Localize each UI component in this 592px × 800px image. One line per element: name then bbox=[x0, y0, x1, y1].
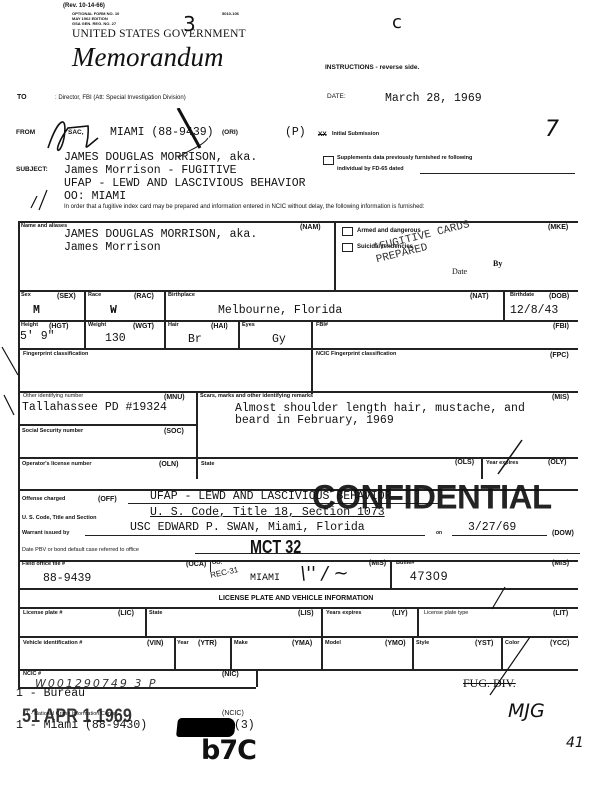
form-line bbox=[84, 290, 86, 348]
margin-tick-marks bbox=[0, 345, 22, 425]
ncic-fingerprint-label: NCIC Fingerprint classification bbox=[316, 352, 396, 358]
form-line bbox=[417, 607, 419, 637]
lic-years-label: Years expires bbox=[326, 611, 361, 617]
hair-code: (HAI) bbox=[211, 323, 228, 330]
stamp-by-label: By bbox=[493, 260, 502, 268]
birthplace-label: Birthplace bbox=[168, 293, 195, 299]
height-value: 5' 9" bbox=[20, 331, 55, 343]
other-id-value: Tallahassee PD #19324 bbox=[22, 402, 167, 414]
subject-line-1: JAMES DOUGLAS MORRISON, aka. bbox=[64, 152, 257, 164]
form-line bbox=[174, 636, 176, 669]
received-date-stamp: 51 APR 1 1969 bbox=[22, 706, 132, 728]
model-label: Model bbox=[325, 641, 341, 647]
field-file-label: Field office file # bbox=[22, 562, 65, 568]
weight-label: Weight bbox=[88, 323, 106, 329]
form-line bbox=[321, 607, 323, 637]
form-line bbox=[18, 560, 578, 562]
form-fine-print-3: GSA GEN. REG. NO. 27 bbox=[72, 22, 116, 26]
supplements-text-1: Supplements data previously furnished re… bbox=[337, 156, 472, 162]
yma-code: (YMA) bbox=[292, 640, 312, 647]
form-line bbox=[145, 607, 147, 637]
style-label: Style bbox=[416, 641, 429, 647]
height-label: Height bbox=[21, 323, 38, 329]
fbi-code: (FBI) bbox=[553, 323, 569, 330]
form-line bbox=[412, 636, 414, 669]
handwritten-initials-oo: \'' / ~ bbox=[300, 563, 349, 584]
to-value: : Director, FBI (Att: Special Investigat… bbox=[55, 95, 186, 101]
form-line bbox=[503, 290, 505, 320]
sex-code: (SEX) bbox=[57, 293, 76, 300]
oo-value: MIAMI bbox=[250, 574, 280, 584]
form-line bbox=[321, 636, 323, 669]
form-line bbox=[481, 457, 483, 479]
warrant-underline bbox=[85, 535, 425, 536]
weight-value: 130 bbox=[105, 333, 126, 345]
handwritten-initials: MJG bbox=[508, 700, 545, 722]
pbv-label: Date PBV or bond default case referred t… bbox=[22, 548, 139, 554]
armed-dangerous-checkbox[interactable] bbox=[342, 227, 353, 236]
lic-label: License plate # bbox=[23, 611, 62, 617]
subject-line-4: OO: MIAMI bbox=[64, 191, 126, 203]
ols-code: (OLS) bbox=[455, 459, 474, 466]
form-line bbox=[18, 221, 578, 223]
mke-code: (MKE) bbox=[548, 224, 568, 231]
year-label: Year bbox=[177, 641, 189, 647]
fingerprint-label: Fingerprint classification bbox=[23, 352, 88, 358]
other-id-label: Other identifying number bbox=[23, 394, 83, 400]
ymo-code: (YMO) bbox=[385, 640, 406, 647]
dob-code: (DOB) bbox=[549, 293, 569, 300]
scars-line-2: beard in February, 1969 bbox=[235, 415, 394, 427]
name-label: Name and aliases bbox=[21, 224, 67, 230]
lic-type-label: License plate type bbox=[424, 611, 468, 617]
supplements-checkbox[interactable] bbox=[323, 156, 334, 165]
fbi-label: FBI# bbox=[316, 323, 328, 329]
oca-code: (OCA) bbox=[186, 561, 206, 568]
form-line bbox=[18, 290, 578, 292]
to-label: TO bbox=[17, 94, 27, 101]
bufile-label: Bufile# bbox=[396, 561, 414, 567]
form-line bbox=[18, 588, 20, 608]
oo-mis-code: (MIS) bbox=[369, 560, 386, 567]
vin-code: (VIN) bbox=[147, 640, 163, 647]
nic-code: (NIC) bbox=[222, 671, 239, 678]
height-code: (HGT) bbox=[49, 323, 68, 330]
birthdate-label: Birthdate bbox=[510, 293, 534, 299]
distribution-line-1: 1 - Bureau bbox=[16, 688, 85, 700]
lic-code: (LIC) bbox=[118, 610, 134, 617]
memo-title: Memorandum bbox=[72, 42, 223, 73]
form-line bbox=[18, 424, 196, 426]
vin-label: Vehicle identification # bbox=[23, 641, 82, 647]
oln-state-label: State bbox=[201, 462, 214, 468]
initial-submission-checkbox[interactable]: XX bbox=[318, 132, 327, 139]
form-line bbox=[334, 221, 336, 290]
oo-label: OO: bbox=[212, 561, 222, 567]
date-label: DATE: bbox=[327, 94, 346, 101]
from-p: (P) bbox=[285, 127, 306, 139]
form-code: 5010-106 bbox=[222, 12, 239, 16]
make-label: Make bbox=[234, 641, 248, 647]
field-file-value: 88-9439 bbox=[43, 573, 91, 585]
lic-state-label: State bbox=[149, 611, 162, 617]
subject-label: SUBJECT: bbox=[16, 167, 48, 174]
suicidal-tendencies-checkbox[interactable] bbox=[342, 243, 353, 252]
redaction-code: b7C bbox=[201, 735, 256, 766]
initial-submission-label: Initial Submission bbox=[332, 132, 379, 138]
warrant-label: Warrant issued by bbox=[22, 531, 69, 537]
fug-division-stamp: FUG. DIV. bbox=[463, 676, 516, 691]
bufile-mis-code: (MIS) bbox=[552, 560, 569, 567]
form-line bbox=[230, 636, 232, 669]
form-line bbox=[18, 348, 578, 350]
hair-label: Hair bbox=[168, 323, 179, 329]
birthdate-value: 12/8/43 bbox=[510, 305, 558, 317]
pbv-stamp: MCT 32 bbox=[250, 537, 301, 558]
oln-code: (OLN) bbox=[159, 461, 178, 468]
lis-code: (LIS) bbox=[298, 610, 314, 617]
dow-code: (DOW) bbox=[552, 530, 574, 537]
warrant-value: USC EDWARD P. SWAN, Miami, Florida bbox=[130, 522, 365, 534]
lit-code: (LIT) bbox=[553, 610, 568, 617]
form-line bbox=[238, 320, 240, 348]
agency-name: UNITED STATES GOVERNMENT bbox=[72, 28, 246, 40]
fpc-code: (FPC) bbox=[550, 352, 569, 359]
fugitive-cards-stamp: *FUGITIVE CARDS PREPARED bbox=[372, 219, 474, 266]
page-mark: 41 bbox=[566, 735, 584, 751]
ncic-footer-code: (NCIC) bbox=[222, 710, 244, 717]
handwritten-circle-mark: c bbox=[392, 12, 402, 33]
hair-value: Br bbox=[188, 334, 202, 346]
ycc-code: (YCC) bbox=[550, 640, 569, 647]
warrant-date-underline bbox=[452, 535, 547, 536]
handwritten-mark-7: 7 bbox=[545, 117, 559, 142]
supplements-date-line bbox=[420, 173, 575, 174]
birthplace-value: Melbourne, Florida bbox=[218, 305, 342, 317]
rec-stamp: REC-31 bbox=[209, 565, 239, 580]
supplements-text-2: individual by FD-65 dated bbox=[337, 167, 404, 173]
date-value: March 28, 1969 bbox=[385, 93, 482, 105]
soc-code: (SOC) bbox=[164, 428, 184, 435]
form-line bbox=[311, 320, 313, 394]
nam-code: (NAM) bbox=[300, 224, 321, 231]
sex-label: Sex bbox=[21, 293, 31, 299]
subject-line-2: James Morrison - FUGITIVE bbox=[64, 165, 237, 177]
scars-line-1: Almost shoulder length hair, mustache, a… bbox=[235, 403, 525, 415]
nat-code: (NAT) bbox=[470, 293, 489, 300]
mnu-code: (MNU) bbox=[164, 394, 185, 401]
oly-code: (OLY) bbox=[548, 459, 566, 466]
eyes-label: Eyes bbox=[242, 323, 255, 329]
race-code: (RAC) bbox=[134, 293, 154, 300]
subject-line-3: UFAP - LEWD AND LASCIVIOUS BEHAVIOR bbox=[64, 178, 306, 190]
warrant-date: 3/27/69 bbox=[468, 522, 516, 534]
bufile-value: 47309 bbox=[410, 569, 448, 583]
race-value: W bbox=[110, 305, 117, 317]
form-line bbox=[256, 669, 258, 687]
ytr-code: (YTR) bbox=[198, 640, 217, 647]
name-line-2: James Morrison bbox=[64, 242, 161, 254]
off-code: (OFF) bbox=[98, 496, 117, 503]
confidential-stamp: CONFIDENTIAL bbox=[312, 477, 552, 517]
scars-label: Scars, marks and other identifying remar… bbox=[200, 394, 313, 400]
name-line-1: JAMES DOUGLAS MORRISON, aka. bbox=[64, 229, 257, 241]
race-label: Race bbox=[88, 293, 101, 299]
sex-value: M bbox=[33, 305, 40, 317]
offense-label: Offense charged bbox=[22, 497, 65, 503]
ssn-label: Social Security number bbox=[22, 429, 83, 435]
eyes-value: Gy bbox=[272, 334, 286, 346]
copy-count: (3) bbox=[234, 720, 255, 732]
form-line bbox=[390, 560, 392, 588]
liy-code: (LIY) bbox=[392, 610, 408, 617]
form-line bbox=[164, 290, 166, 348]
scars-code: (MIS) bbox=[552, 394, 569, 401]
stamp-date-label: Date bbox=[452, 268, 467, 276]
handwritten-slash-marks bbox=[25, 186, 55, 216]
form-line bbox=[18, 607, 20, 687]
warrant-on: on bbox=[436, 531, 442, 536]
form-number: (Rev. 10-14-66) bbox=[63, 3, 105, 9]
usc-label: U. S. Code, Title and Section bbox=[22, 516, 96, 522]
instructions-note: INSTRUCTIONS - reverse side. bbox=[325, 65, 419, 72]
oln-label: Operator's license number bbox=[22, 462, 91, 468]
intro-text: In order that a fugitive index card may … bbox=[64, 203, 584, 211]
weight-code: (WGT) bbox=[133, 323, 154, 330]
form-line bbox=[196, 391, 198, 479]
